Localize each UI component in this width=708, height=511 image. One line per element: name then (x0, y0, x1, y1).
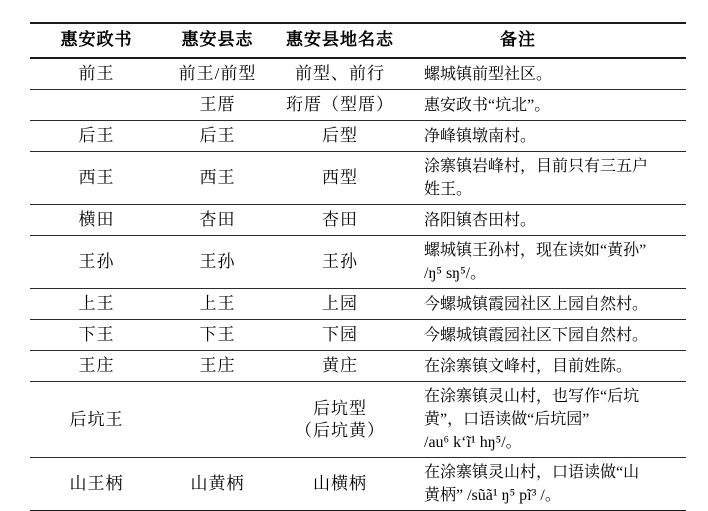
cell-xianzhi: 山黄柄 (163, 458, 272, 511)
cell-remark: 洛阳镇杏田村。 (408, 205, 686, 236)
cell-remark: 今螺城镇霞园社区上园自然村。 (408, 289, 686, 320)
table-row: 王孙 王孙 王孙 螺城镇王孙村，现在读如“黄孙” /ŋ⁵ sŋ⁵/。 (30, 236, 686, 289)
cell-remark: 惠安政书“坑北”。 (408, 90, 686, 121)
table-row: 王庄 王庄 黄庄 在涂寨镇文峰村，目前姓陈。 (30, 351, 686, 382)
cell-zhengshu: 王庄 (30, 351, 163, 382)
cell-remark: 在涂寨镇灵山村，也写作“后坑 黄”，口语读做“后坑园” /au⁶ kʻĩ¹ hŋ… (408, 382, 686, 458)
cell-dimingzhi: 上园 (272, 289, 408, 320)
cell-dimingzhi: 杏田 (272, 205, 408, 236)
cell-xianzhi: 王庄 (163, 351, 272, 382)
placename-comparison-table: 惠安政书 惠安县志 惠安县地名志 备注 前王 前王/前型 前型、前行 螺城镇前型… (30, 22, 686, 511)
table-row: 山王柄 山黄柄 山横柄 在涂寨镇灵山村，口语读做“山 黄柄” /sũã¹ ŋ⁵ … (30, 458, 686, 511)
cell-dimingzhi: 山横柄 (272, 458, 408, 511)
cell-zhengshu (30, 90, 163, 121)
cell-remark: 螺城镇王孙村，现在读如“黄孙” /ŋ⁵ sŋ⁵/。 (408, 236, 686, 289)
cell-remark: 在涂寨镇文峰村，目前姓陈。 (408, 351, 686, 382)
cell-zhengshu: 西王 (30, 152, 163, 205)
cell-dimingzhi: 下园 (272, 320, 408, 351)
cell-remark: 螺城镇前型社区。 (408, 58, 686, 90)
col-header-remark: 备注 (408, 23, 686, 58)
cell-xianzhi: 杏田 (163, 205, 272, 236)
cell-xianzhi: 上王 (163, 289, 272, 320)
table-row: 横田 杏田 杏田 洛阳镇杏田村。 (30, 205, 686, 236)
table-row: 上王 上王 上园 今螺城镇霞园社区上园自然村。 (30, 289, 686, 320)
cell-remark: 净峰镇墩南村。 (408, 121, 686, 152)
table-row: 下王 下王 下园 今螺城镇霞园社区下园自然村。 (30, 320, 686, 351)
table-row: 后王 后王 后型 净峰镇墩南村。 (30, 121, 686, 152)
cell-zhengshu: 下王 (30, 320, 163, 351)
cell-dimingzhi: 后型 (272, 121, 408, 152)
cell-zhengshu: 王孙 (30, 236, 163, 289)
cell-remark: 今螺城镇霞园社区下园自然村。 (408, 320, 686, 351)
cell-dimingzhi: 王孙 (272, 236, 408, 289)
cell-remark: 在涂寨镇灵山村，口语读做“山 黄柄” /sũã¹ ŋ⁵ pĩ³ /。 (408, 458, 686, 511)
cell-dimingzhi: 后坑型 （后坑黄） (272, 382, 408, 458)
col-header-huian-zhengshu: 惠安政书 (30, 23, 163, 58)
table-row: 前王 前王/前型 前型、前行 螺城镇前型社区。 (30, 58, 686, 90)
header-row: 惠安政书 惠安县志 惠安县地名志 备注 (30, 23, 686, 58)
cell-dimingzhi: 黄庄 (272, 351, 408, 382)
cell-dimingzhi: 西型 (272, 152, 408, 205)
cell-zhengshu: 后王 (30, 121, 163, 152)
cell-zhengshu: 前王 (30, 58, 163, 90)
cell-zhengshu: 后坑王 (30, 382, 163, 458)
cell-xianzhi: 后王 (163, 121, 272, 152)
table-row: 王厝 珩厝（型厝） 惠安政书“坑北”。 (30, 90, 686, 121)
cell-xianzhi: 王孙 (163, 236, 272, 289)
cell-zhengshu: 山王柄 (30, 458, 163, 511)
cell-xianzhi: 下王 (163, 320, 272, 351)
table-row: 后坑王 后坑型 （后坑黄） 在涂寨镇灵山村，也写作“后坑 黄”，口语读做“后坑园… (30, 382, 686, 458)
document-page: 惠安政书 惠安县志 惠安县地名志 备注 前王 前王/前型 前型、前行 螺城镇前型… (30, 22, 686, 511)
col-header-huian-dimingzhi: 惠安县地名志 (272, 23, 408, 58)
cell-dimingzhi: 珩厝（型厝） (272, 90, 408, 121)
table-row: 西王 西王 西型 涂寨镇岩峰村，目前只有三五户 姓王。 (30, 152, 686, 205)
cell-zhengshu: 上王 (30, 289, 163, 320)
cell-xianzhi: 王厝 (163, 90, 272, 121)
cell-xianzhi: 西王 (163, 152, 272, 205)
cell-xianzhi (163, 382, 272, 458)
cell-remark: 涂寨镇岩峰村，目前只有三五户 姓王。 (408, 152, 686, 205)
cell-xianzhi: 前王/前型 (163, 58, 272, 90)
cell-zhengshu: 横田 (30, 205, 163, 236)
cell-dimingzhi: 前型、前行 (272, 58, 408, 90)
col-header-huian-xianzhi: 惠安县志 (163, 23, 272, 58)
